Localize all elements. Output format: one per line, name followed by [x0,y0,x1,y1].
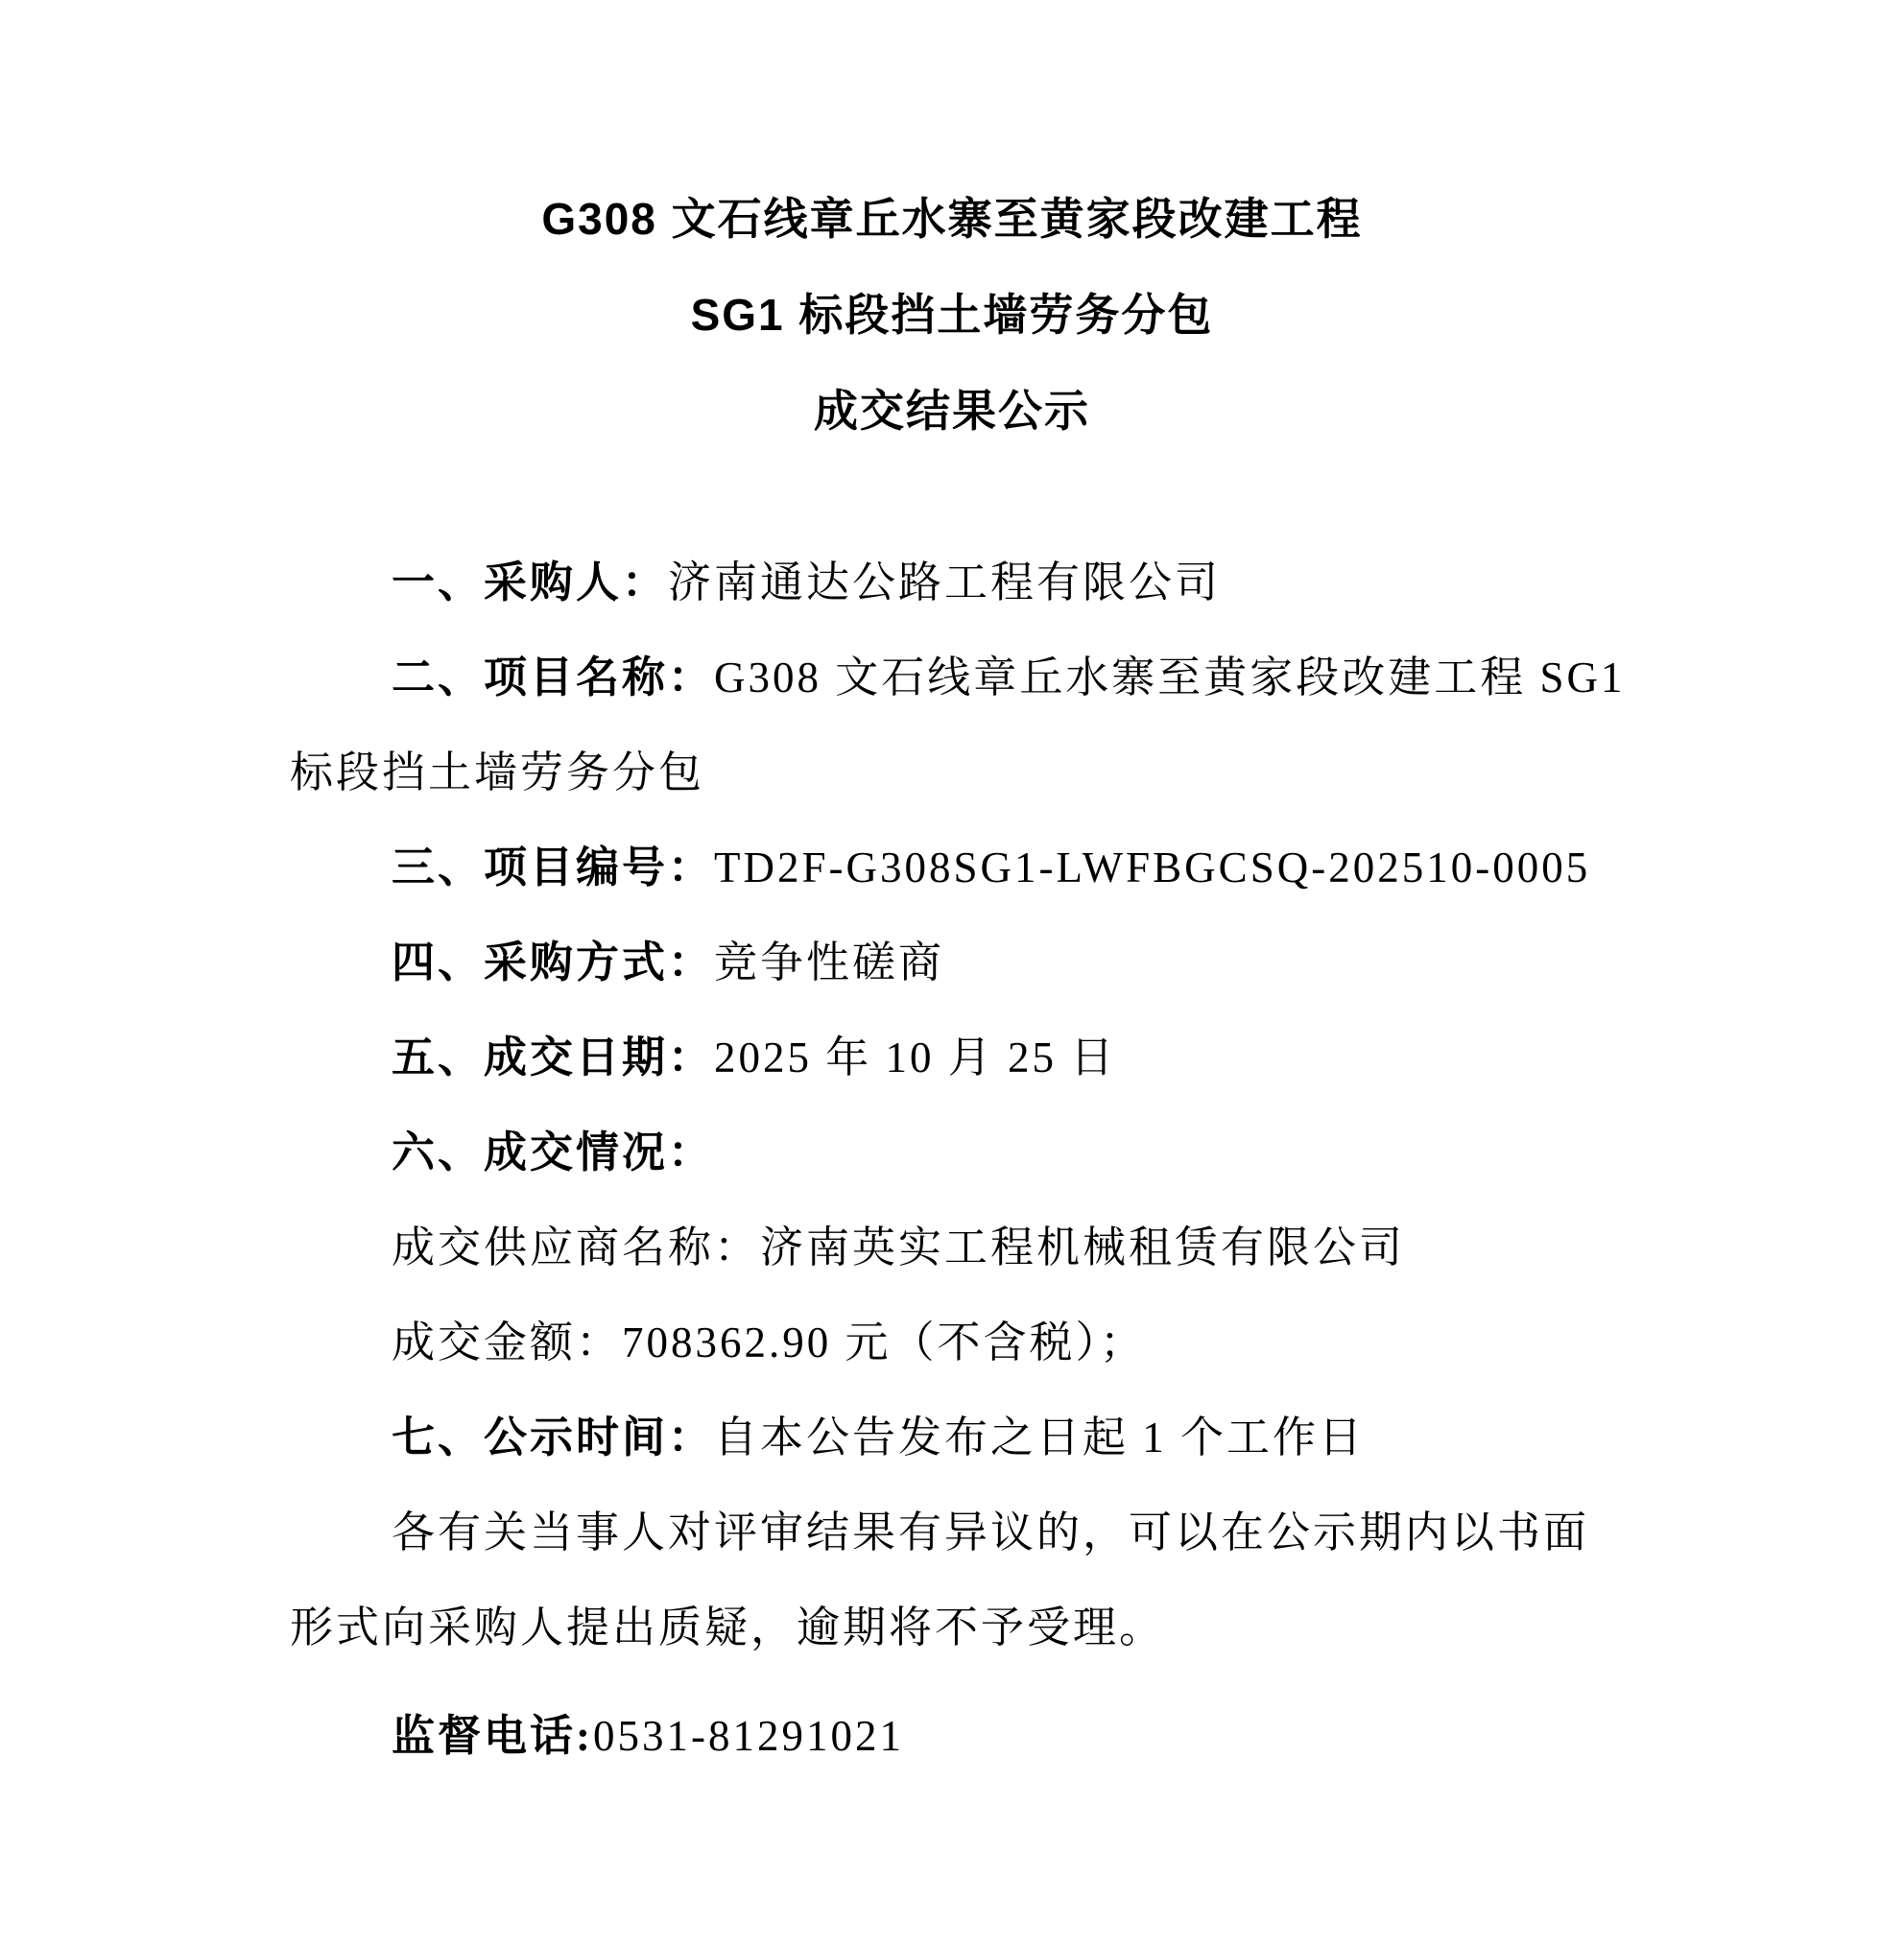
project-name-line-1: 二、项目名称：G308 文石线章丘水寨至黄家段改建工程 SG1 [290,630,1664,725]
deal-result-heading-line: 六、成交情况： [290,1105,1664,1200]
deal-date-value: 2025 年 10 月 25 日 [714,1033,1116,1081]
deal-result-heading-label: 六、成交情况： [392,1128,714,1176]
document-page: G308 文石线章丘水寨至黄家段改建工程 SG1 标段挡土墙劳务分包 成交结果公… [0,0,1904,1948]
supplier-line: 成交供应商名称：济南英实工程机械租赁有限公司 [290,1200,1664,1295]
purchaser-value: 济南通达公路工程有限公司 [668,558,1221,606]
supervision-phone-value: 0531-81291021 [593,1712,904,1760]
objection-line-1: 各有关当事人对评审结果有异议的，可以在公示期内以书面 [290,1485,1664,1580]
objection-text-2: 形式向采购人提出质疑，逾期将不予受理。 [290,1604,1165,1651]
procurement-method-value: 竞争性磋商 [714,938,944,986]
supervision-phone-line: 监督电话:0531-81291021 [290,1689,1664,1784]
document-title-line-2: SG1 标段挡土墙劳务分包 [0,267,1904,363]
procurement-method-label: 四、采购方式： [392,938,714,986]
objection-line-2: 形式向采购人提出质疑，逾期将不予受理。 [290,1580,1664,1675]
publicity-period-line: 七、公示时间：自本公告发布之日起 1 个工作日 [290,1390,1664,1485]
project-number-label: 三、项目编号： [392,843,714,891]
project-name-value: G308 文石线章丘水寨至黄家段改建工程 SG1 [714,653,1626,701]
supplier-value: 成交供应商名称：济南英实工程机械租赁有限公司 [392,1223,1405,1271]
document-title-block: G308 文石线章丘水寨至黄家段改建工程 SG1 标段挡土墙劳务分包 成交结果公… [0,171,1904,459]
publicity-period-value: 自本公告发布之日起 1 个工作日 [714,1413,1365,1461]
project-name-label: 二、项目名称： [392,653,714,701]
document-body: 一、采购人：济南通达公路工程有限公司 二、项目名称：G308 文石线章丘水寨至黄… [0,535,1904,1784]
amount-line: 成交金额：708362.90 元（不含税）； [290,1295,1664,1390]
project-name-continuation: 标段挡土墙劳务分包 [290,748,704,796]
objection-text-1: 各有关当事人对评审结果有异议的，可以在公示期内以书面 [392,1509,1589,1556]
document-title-line-1: G308 文石线章丘水寨至黄家段改建工程 [0,171,1904,267]
supervision-phone-label: 监督电话: [392,1712,593,1760]
purchaser-label: 一、采购人： [392,558,668,606]
project-number-line: 三、项目编号：TD2F-G308SG1-LWFBGCSQ-202510-0005 [290,820,1664,915]
document-title-line-3: 成交结果公示 [0,363,1904,459]
project-number-value: TD2F-G308SG1-LWFBGCSQ-202510-0005 [714,843,1590,891]
purchaser-line: 一、采购人：济南通达公路工程有限公司 [290,535,1664,630]
publicity-period-label: 七、公示时间： [392,1413,714,1461]
amount-value: 成交金额：708362.90 元（不含税）； [392,1318,1146,1366]
deal-date-label: 五、成交日期： [392,1033,714,1081]
procurement-method-line: 四、采购方式：竞争性磋商 [290,915,1664,1010]
deal-date-line: 五、成交日期：2025 年 10 月 25 日 [290,1010,1664,1105]
project-name-line-2: 标段挡土墙劳务分包 [290,725,1664,820]
